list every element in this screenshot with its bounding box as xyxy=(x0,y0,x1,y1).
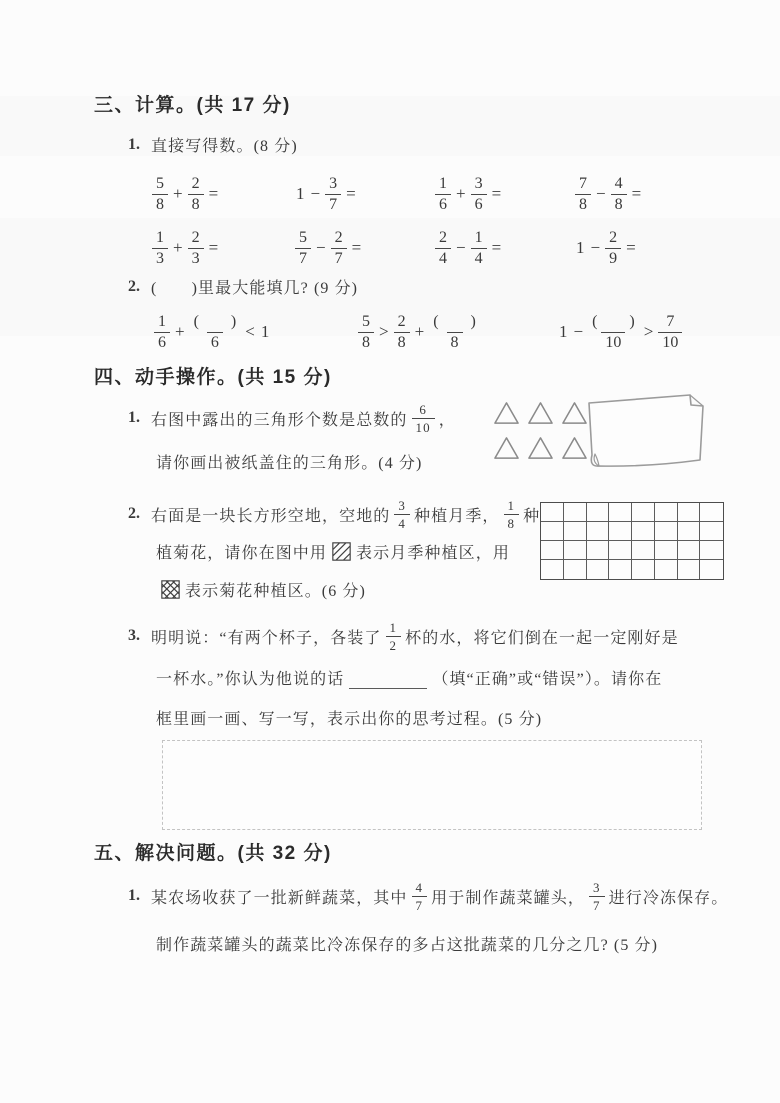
question-text: 某农场收获了一批新鲜蔬菜，其中47用于制作蔬菜罐头，37进行冷冻保存。 xyxy=(151,881,728,912)
text-token: − xyxy=(316,238,326,258)
text-token: − xyxy=(596,184,606,204)
text-token: ， xyxy=(439,407,456,430)
fraction: 16 xyxy=(154,314,170,351)
grid-cell[interactable] xyxy=(587,541,610,560)
question-hands-1-line1: 1. 右图中露出的三角形个数是总数的610， xyxy=(128,396,456,440)
triangle-figure xyxy=(492,400,589,466)
hatch-cross-icon xyxy=(161,580,180,599)
fraction: 18 xyxy=(504,499,520,530)
fraction-denominator: 6 xyxy=(471,194,487,213)
grid-cell[interactable] xyxy=(678,522,701,541)
fraction-denominator: 2 xyxy=(386,636,402,652)
math-expression: 57−27= xyxy=(293,222,364,274)
grid-cell[interactable] xyxy=(678,541,701,560)
question-hands-2-line2: 植菊花，请你在图中用表示月季种植区，用 xyxy=(156,540,510,563)
question-number: 2. xyxy=(128,505,140,523)
fraction-numerator: 3 xyxy=(471,176,487,194)
fraction-numerator: 1 xyxy=(152,230,168,248)
fraction: 13 xyxy=(152,230,168,267)
math-expression: 16+( )6<1 xyxy=(152,306,272,358)
text-token: 1 xyxy=(559,322,568,342)
grid-cell[interactable] xyxy=(700,503,723,522)
fraction-numerator: 2 xyxy=(331,230,347,248)
question-number: 1. xyxy=(128,887,140,905)
text-token: = xyxy=(352,238,362,258)
answer-blank[interactable] xyxy=(349,674,427,689)
grid-cell[interactable] xyxy=(564,522,587,541)
question-hands-3-line1: 3. 明明说：“有两个杯子，各装了12杯的水，将它们倒在一起一定刚好是 xyxy=(128,614,679,658)
fraction: 24 xyxy=(435,230,451,267)
grid-cell[interactable] xyxy=(587,522,610,541)
fraction-denominator: 8 xyxy=(188,194,204,213)
math-expression: 1−29= xyxy=(573,222,639,274)
question-hands-2-line3: 表示菊花种植区。(6 分) xyxy=(156,578,366,601)
fraction-denominator: 6 xyxy=(154,332,170,351)
question-calc-1-prompt: 1. 直接写得数。(8 分) xyxy=(128,133,298,156)
fraction-numerator: 1 xyxy=(504,499,520,514)
text-token: + xyxy=(173,238,183,258)
fraction-denominator: 7 xyxy=(412,896,428,912)
text-token: = xyxy=(209,238,219,258)
question-text: 右图中露出的三角形个数是总数的610， xyxy=(151,403,456,434)
text-token: = xyxy=(626,238,636,258)
fraction: 37 xyxy=(325,176,341,213)
text-token: 表示月季种植区，用 xyxy=(356,540,510,563)
triangle-icon xyxy=(526,435,555,466)
fraction-denominator: 7 xyxy=(295,248,311,267)
text-token: 植菊花，请你在图中用 xyxy=(156,540,327,563)
grid-cell[interactable] xyxy=(541,522,564,541)
fraction: 29 xyxy=(605,230,621,267)
grid-cell[interactable] xyxy=(655,522,678,541)
triangle-icon xyxy=(526,400,555,431)
question-number: 1. xyxy=(128,409,140,427)
grid-cell[interactable] xyxy=(700,541,723,560)
fraction-denominator: 7 xyxy=(331,248,347,267)
fraction-denominator: 7 xyxy=(589,896,605,912)
question-text: 明明说：“有两个杯子，各装了12杯的水，将它们倒在一起一定刚好是 xyxy=(151,621,679,652)
question-number: 1. xyxy=(128,136,140,154)
section-5-title: 五、解决问题。(共 32 分) xyxy=(94,838,332,865)
grid-cell[interactable] xyxy=(632,503,655,522)
grid-cell[interactable] xyxy=(609,522,632,541)
fraction-numerator: 2 xyxy=(605,230,621,248)
text-token: 表示菊花种植区。(6 分) xyxy=(185,578,366,601)
fraction-numerator: 2 xyxy=(394,314,410,332)
math-expression: 13+23= xyxy=(150,222,221,274)
triangle-row xyxy=(492,400,589,431)
text-token: < xyxy=(245,322,255,342)
worksheet-page: 三、计算。(共 17 分) 1. 直接写得数。(8 分) 58+28= 1−37… xyxy=(0,0,780,1103)
fraction: 47 xyxy=(412,881,428,912)
text-token: − xyxy=(311,184,321,204)
text-token: 右面是一块长方形空地，空地的 xyxy=(151,503,390,526)
math-expression: 16+36= xyxy=(433,168,504,220)
fraction-numerator: 5 xyxy=(295,230,311,248)
fraction-numerator: 2 xyxy=(188,176,204,194)
text-token: 1 xyxy=(576,238,585,258)
triangle-icon xyxy=(492,400,521,431)
question-text: 右面是一块长方形空地，空地的34种植月季，18种 xyxy=(151,499,540,530)
fraction-numerator: 6 xyxy=(415,403,431,418)
grid-cell[interactable] xyxy=(587,560,610,579)
fraction-denominator: 4 xyxy=(394,514,410,530)
fraction: ( )8 xyxy=(429,314,480,351)
text-token: 种 xyxy=(523,503,540,526)
text-token: 1 xyxy=(296,184,305,204)
fraction-denominator: 8 xyxy=(504,514,520,530)
fraction-denominator: 8 xyxy=(611,194,627,213)
text-token: 杯的水，将它们倒在一起一定刚好是 xyxy=(405,625,679,648)
text-token: 框里画一画、写一写，表示出你的思考过程。(5 分) xyxy=(156,706,542,729)
fraction-numerator: 1 xyxy=(386,621,402,636)
text-token: 右图中露出的三角形个数是总数的 xyxy=(151,407,408,430)
text-token: 1 xyxy=(261,322,270,342)
text-token: 用于制作蔬菜罐头， xyxy=(431,885,585,908)
fraction: ( )6 xyxy=(190,314,241,351)
fraction: 36 xyxy=(471,176,487,213)
grid-cell[interactable] xyxy=(609,560,632,579)
question-number: 2. xyxy=(128,278,140,296)
question-text: ( )里最大能填几? (9 分) xyxy=(151,275,358,298)
fraction-denominator: 8 xyxy=(358,332,374,351)
fraction-numerator: 3 xyxy=(589,881,605,896)
fraction-numerator: 1 xyxy=(471,230,487,248)
grid-cell[interactable] xyxy=(541,541,564,560)
fraction-numerator: 1 xyxy=(154,314,170,332)
grid-cell[interactable] xyxy=(632,560,655,579)
text-token: 种植月季， xyxy=(414,503,500,526)
triangle-row xyxy=(492,435,589,466)
math-expression: 1−( )10>710 xyxy=(556,306,684,358)
fraction-numerator: 4 xyxy=(412,881,428,896)
question-solve-1-line1: 1. 某农场收获了一批新鲜蔬菜，其中47用于制作蔬菜罐头，37进行冷冻保存。 xyxy=(128,872,728,920)
fraction-numerator: 3 xyxy=(325,176,341,194)
planting-grid[interactable] xyxy=(540,502,724,580)
text-token: = xyxy=(492,238,502,258)
grid-cell[interactable] xyxy=(564,503,587,522)
section-4-title: 四、动手操作。(共 15 分) xyxy=(94,362,332,389)
triangle-icon xyxy=(492,435,521,466)
text-token: = xyxy=(492,184,502,204)
fraction-numerator: 1 xyxy=(435,176,451,194)
fraction-denominator: 10 xyxy=(601,332,625,351)
fraction: 27 xyxy=(331,230,347,267)
text-token: − xyxy=(574,322,584,342)
text-token: − xyxy=(456,238,466,258)
text-token: + xyxy=(175,322,185,342)
grid-cell[interactable] xyxy=(609,541,632,560)
grid-cell[interactable] xyxy=(564,541,587,560)
grid-cell[interactable] xyxy=(609,503,632,522)
math-expression: 24−14= xyxy=(433,222,504,274)
text-token: （填“正确”或“错误”）。请你在 xyxy=(432,666,662,689)
grid-cell[interactable] xyxy=(700,522,723,541)
fraction-denominator: 6 xyxy=(435,194,451,213)
fraction-numerator: 5 xyxy=(152,176,168,194)
text-token: + xyxy=(415,322,425,342)
question-hands-2-line1: 2. 右面是一块长方形空地，空地的34种植月季，18种 xyxy=(128,492,540,536)
question-text: 直接写得数。(8 分) xyxy=(151,133,298,156)
fraction-numerator: ( ) xyxy=(588,314,639,332)
fraction-numerator: ( ) xyxy=(190,314,241,332)
grid-cell[interactable] xyxy=(678,503,701,522)
fraction-numerator: 7 xyxy=(662,314,678,332)
text-token: 明明说：“有两个杯子，各装了 xyxy=(151,625,382,648)
grid-cell[interactable] xyxy=(678,560,701,579)
fraction: 12 xyxy=(386,621,402,652)
question-hands-1-line2: 请你画出被纸盖住的三角形。(4 分) xyxy=(156,450,422,473)
grid-cell[interactable] xyxy=(655,503,678,522)
question-hands-3-line3: 框里画一画、写一写，表示出你的思考过程。(5 分) xyxy=(156,706,542,729)
math-expression: 58+28= xyxy=(150,168,221,220)
fraction: 14 xyxy=(471,230,487,267)
paper-cover-figure xyxy=(578,390,712,479)
fraction-denominator: 10 xyxy=(412,418,435,434)
grid-cell[interactable] xyxy=(655,541,678,560)
hatch-diagonal-icon xyxy=(332,542,351,561)
text-token: 一杯水。”你认为他说的话 xyxy=(156,666,344,689)
math-expression: 78−48= xyxy=(573,168,644,220)
fraction: 48 xyxy=(611,176,627,213)
text-token: 进行冷冻保存。 xyxy=(609,885,729,908)
fraction: 16 xyxy=(435,176,451,213)
fraction: 37 xyxy=(589,881,605,912)
fraction-denominator: 3 xyxy=(152,248,168,267)
fraction: 58 xyxy=(358,314,374,351)
fraction-numerator: 4 xyxy=(611,176,627,194)
grid-cell[interactable] xyxy=(632,522,655,541)
section-3-title: 三、计算。(共 17 分) xyxy=(94,90,291,117)
fraction-denominator: 8 xyxy=(447,332,463,351)
fraction-numerator: 5 xyxy=(358,314,374,332)
text-token: + xyxy=(173,184,183,204)
fraction-denominator: 6 xyxy=(207,332,223,351)
grid-cell[interactable] xyxy=(632,541,655,560)
fraction-denominator: 4 xyxy=(435,248,451,267)
question-calc-2-prompt: 2. ( )里最大能填几? (9 分) xyxy=(128,275,358,298)
fraction-denominator: 4 xyxy=(471,248,487,267)
fraction-denominator: 9 xyxy=(605,248,621,267)
text-token: 请你画出被纸盖住的三角形。(4 分) xyxy=(156,450,422,473)
text-token: = xyxy=(632,184,642,204)
text-token: = xyxy=(209,184,219,204)
math-expression: 1−37= xyxy=(293,168,359,220)
fraction-denominator: 10 xyxy=(658,332,682,351)
fraction: 28 xyxy=(188,176,204,213)
text-token: > xyxy=(379,322,389,342)
fraction-numerator: ( ) xyxy=(429,314,480,332)
math-expression: 58>28+( )8 xyxy=(356,306,482,358)
fraction: 28 xyxy=(394,314,410,351)
fraction: ( )10 xyxy=(588,314,639,351)
text-token: + xyxy=(456,184,466,204)
thinking-answer-box[interactable] xyxy=(162,740,702,830)
fraction-denominator: 8 xyxy=(575,194,591,213)
grid-cell[interactable] xyxy=(700,560,723,579)
fraction-denominator: 8 xyxy=(394,332,410,351)
text-token: = xyxy=(346,184,356,204)
fraction: 23 xyxy=(188,230,204,267)
text-token: 某农场收获了一批新鲜蔬菜，其中 xyxy=(151,885,408,908)
fraction: 58 xyxy=(152,176,168,213)
question-hands-3-line2: 一杯水。”你认为他说的话（填“正确”或“错误”）。请你在 xyxy=(156,666,662,689)
grid-cell[interactable] xyxy=(541,503,564,522)
fraction: 34 xyxy=(394,499,410,530)
fraction: 710 xyxy=(658,314,682,351)
fraction: 78 xyxy=(575,176,591,213)
fraction-numerator: 3 xyxy=(394,499,410,514)
fraction-numerator: 7 xyxy=(575,176,591,194)
question-number: 3. xyxy=(128,627,140,645)
fraction: 57 xyxy=(295,230,311,267)
question-solve-1-line2: 制作蔬菜罐头的蔬菜比冷冻保存的多占这批蔬菜的几分之几? (5 分) xyxy=(156,932,658,955)
fraction-denominator: 7 xyxy=(325,194,341,213)
text-token: > xyxy=(644,322,654,342)
fraction-numerator: 2 xyxy=(188,230,204,248)
grid-cell[interactable] xyxy=(655,560,678,579)
text-token: − xyxy=(591,238,601,258)
grid-cell[interactable] xyxy=(564,560,587,579)
fraction-denominator: 3 xyxy=(188,248,204,267)
fraction: 610 xyxy=(412,403,435,434)
fraction-denominator: 8 xyxy=(152,194,168,213)
grid-cell[interactable] xyxy=(541,560,564,579)
fraction-numerator: 2 xyxy=(435,230,451,248)
grid-cell[interactable] xyxy=(587,503,610,522)
text-token: 制作蔬菜罐头的蔬菜比冷冻保存的多占这批蔬菜的几分之几? (5 分) xyxy=(156,932,658,955)
